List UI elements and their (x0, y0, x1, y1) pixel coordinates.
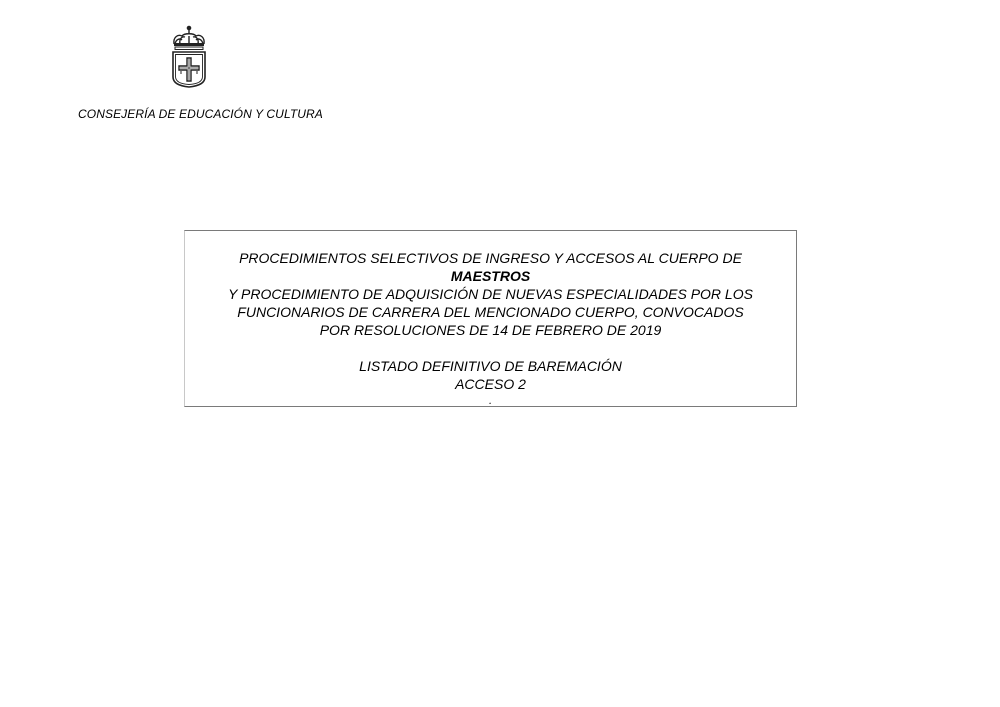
department-name: CONSEJERÍA DE EDUCACIÓN Y CULTURA (78, 107, 323, 121)
title-box: PROCEDIMIENTOS SELECTIVOS DE INGRESO Y A… (184, 230, 797, 407)
title-line-body: MAESTROS (185, 267, 796, 285)
coat-of-arms-icon (170, 25, 208, 88)
title-line-1: PROCEDIMIENTOS SELECTIVOS DE INGRESO Y A… (185, 249, 796, 267)
procedure-description: PROCEDIMIENTOS SELECTIVOS DE INGRESO Y A… (185, 249, 796, 339)
title-line-5: POR RESOLUCIONES DE 14 DE FEBRERO DE 201… (185, 321, 796, 339)
trailing-mark: . (185, 393, 796, 409)
listing-description: LISTADO DEFINITIVO DE BAREMACIÓN ACCESO … (185, 357, 796, 409)
access-label: ACCESO 2 (185, 375, 796, 393)
title-line-3: Y PROCEDIMIENTO DE ADQUISICIÓN DE NUEVAS… (185, 285, 796, 303)
listing-title: LISTADO DEFINITIVO DE BAREMACIÓN (185, 357, 796, 375)
title-line-4: FUNCIONARIOS DE CARRERA DEL MENCIONADO C… (185, 303, 796, 321)
